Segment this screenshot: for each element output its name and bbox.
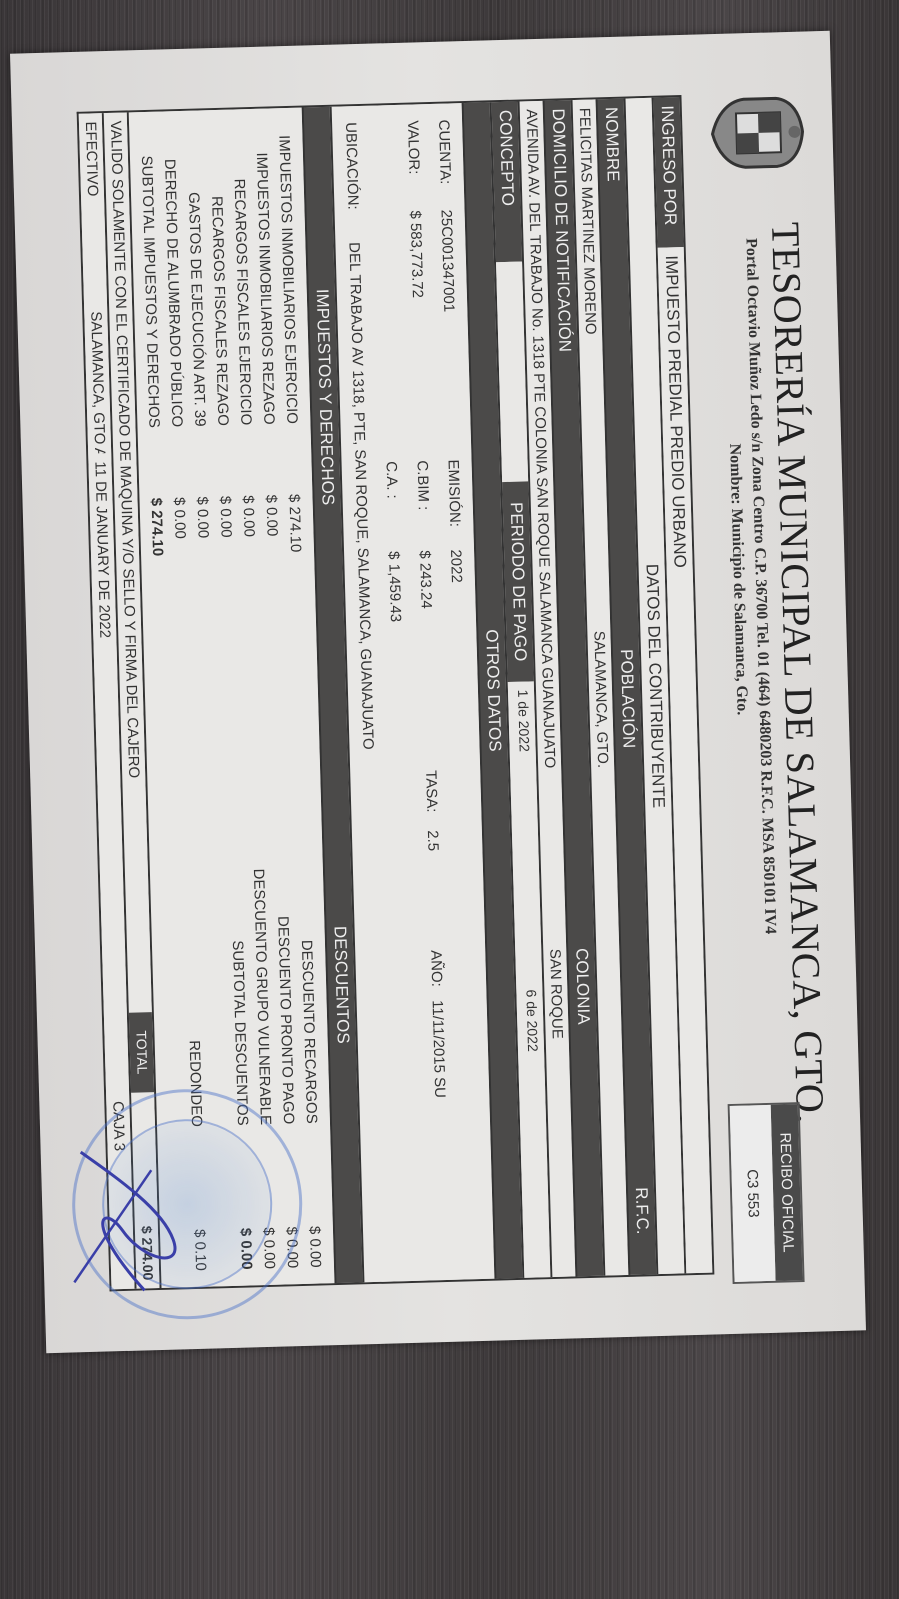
lugar-expedicion: SALAMANCA, GTO A [84,303,111,454]
cbim-value: $ 243.24 [416,550,439,770]
impuesto-amount: $ 274.10 [285,494,305,604]
descuento-amount: $ 0.00 [283,1226,301,1268]
emision-label: EMISIÓN: [445,459,465,549]
impuestos-labels: IMPUESTOS INMOBILIARIOS EJERCICIOIMPUEST… [137,124,300,428]
concepto-label: CONCEPTO [492,102,522,263]
cuenta-value: 25C001347001 [438,209,462,459]
descuento-amount: $ 0.00 [306,1226,324,1268]
anio-value: 11/11/2015 SU [429,1000,449,1098]
impuestos-amounts: $ 274.10$ 0.00$ 0.00$ 0.00$ 0.00$ 0.00$ … [146,424,306,608]
receipt-page: TESORERÍA MUNICIPAL DE SALAMANCA, GTO. P… [10,31,866,1353]
valor-value: $ 583,773.72 [407,210,431,460]
redondeo-amount: $ 0.10 [191,1229,209,1271]
receipt-table: INGRESO POR IMPUESTO PREDIAL PREDIO URBA… [77,95,715,1291]
descuentos-labels: DESCUENTO RECARGOSDESCUENTO PRONTO PAGOD… [151,604,320,1128]
impuesto-amount: $ 0.00 [170,497,190,607]
emision-value: 2022 [447,549,465,583]
impuesto-amount: $ 0.00 [216,496,236,606]
descuento-label: DESCUENTO GRUPO VULNERABLE [250,868,274,1125]
descuento-amount: $ 0.00 [260,1227,278,1269]
descuento-label: DESCUENTO RECARGOS [298,940,320,1124]
valor-label: VALOR: [404,120,424,210]
cashier-signature-icon [60,1139,184,1302]
anio-label: AÑO: [427,950,445,1000]
ca-value: $ 1,459.43 [385,551,404,622]
descuento-label: DESCUENTO PRONTO PAGO [274,916,297,1125]
periodo-label: PERIODO DE PAGO [502,481,534,682]
total-label: TOTAL [129,1012,154,1093]
impuesto-amount: $ 0.00 [262,494,282,604]
impuestos-subtotal-amount: $ 274.10 [147,498,167,608]
impuesto-label: RECARGOS FISCALES EJERCICIO [231,178,255,425]
ubicacion-label: UBICACIÓN: [342,122,362,242]
receipt-paper: TESORERÍA MUNICIPAL DE SALAMANCA, GTO. P… [10,31,866,1353]
page-title: TESORERÍA MUNICIPAL DE SALAMANCA, GTO. [762,221,834,1124]
impuesto-label: RECARGOS FISCALES REZAGO [208,196,231,426]
receipt-number-box: RECIBO OFICIAL C3 553 [728,1102,805,1284]
municipal-crest-icon [709,92,807,175]
impuesto-amount: $ 0.00 [239,495,259,605]
receipt-header: TESORERÍA MUNICIPAL DE SALAMANCA, GTO. P… [701,61,846,1304]
impuesto-amount: $ 0.00 [193,496,213,606]
impuestos-subtotal-label: SUBTOTAL IMPUESTOS Y DERECHOS [138,155,163,428]
entity-name-line: Nombre: Municipio de Salamanca, Gto. [725,443,751,715]
cuenta-label: CUENTA: [435,119,455,209]
ca-label: C.A. : [383,461,403,551]
impuesto-label: DERECHO DE ALUMBRADO PÚBLICO [161,159,185,428]
tasa-label: TASA: [422,770,441,830]
tasa-value: 2.5 [424,830,444,950]
impuesto-label: IMPUESTOS INMOBILIARIOS REZAGO [253,152,278,425]
ubicacion-value: DEL TRABAJO AV 1318, PTE, SAN ROQUE, SAL… [345,242,376,750]
descuentos-amounts: $ 0.00$ 0.00$ 0.00$ 0.00 $ 0.10 [165,1123,324,1271]
impuesto-label: GASTOS DE EJECUCIÓN ART. 39 [185,192,209,427]
cbim-label: C.BIM : [414,460,434,550]
impuestos-descuentos-section: IMPUESTOS INMOBILIARIOS EJERCICIOIMPUEST… [127,108,335,1288]
receipt-label: RECIBO OFICIAL [771,1104,803,1281]
descuentos-subtotal-amount: $ 0.00 [237,1228,255,1270]
descuentos-subtotal-label: SUBTOTAL DESCUENTOS [229,940,251,1126]
receipt-number: C3 553 [730,1105,776,1282]
impuesto-label: IMPUESTOS INMOBILIARIOS EJERCICIO [275,135,300,424]
redondeo-label: REDONDEO [186,1040,205,1127]
ingreso-label: INGRESO POR [653,97,683,248]
